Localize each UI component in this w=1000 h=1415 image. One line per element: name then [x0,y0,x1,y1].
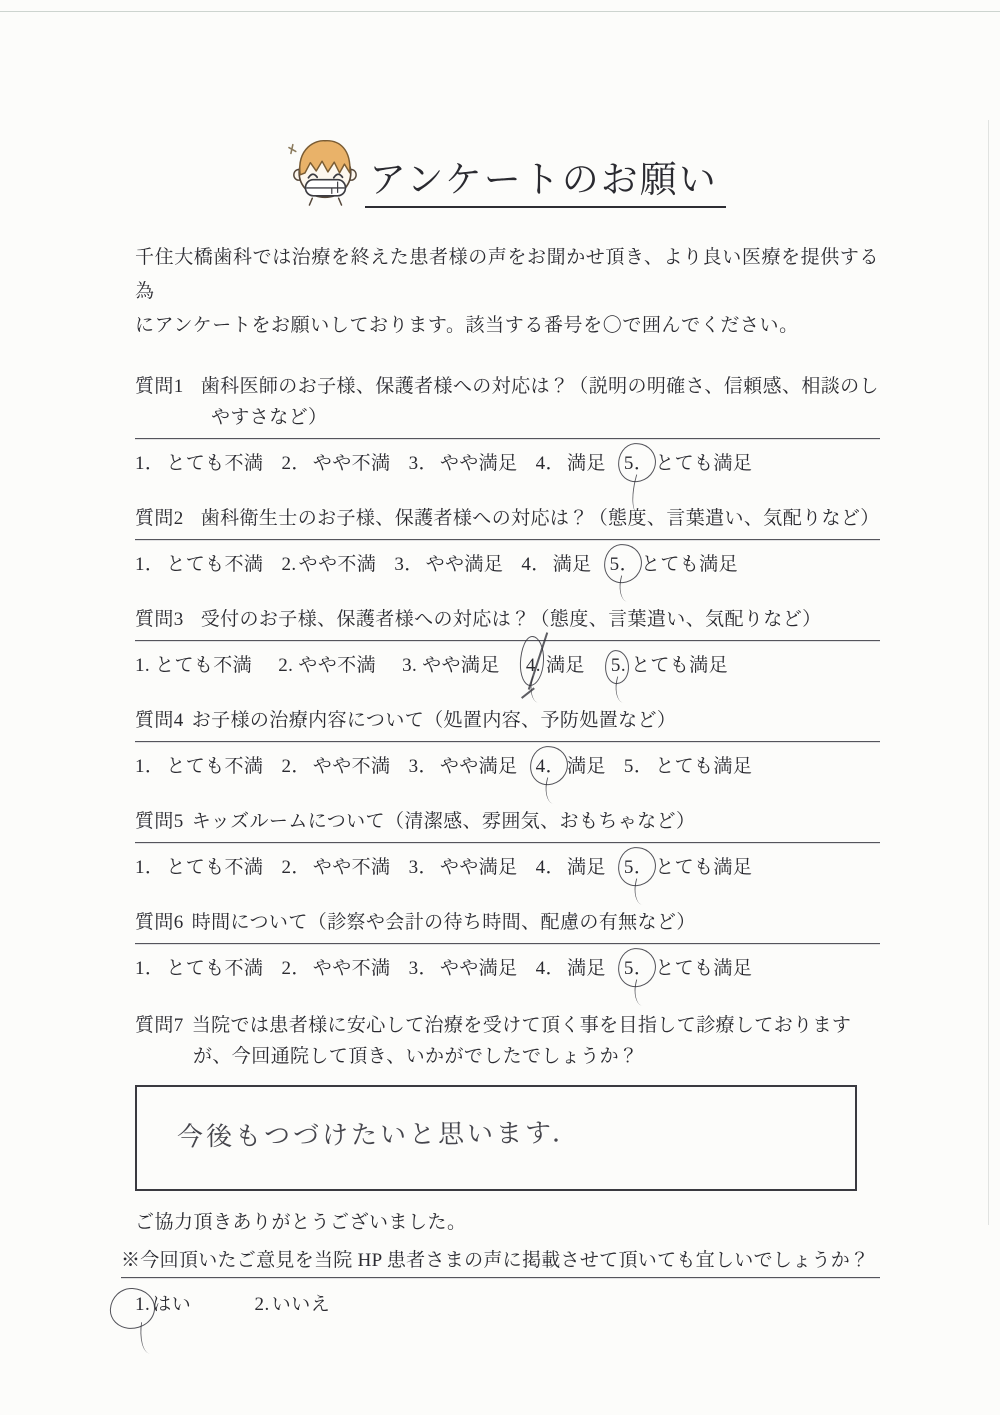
option-2: 2.やや不満 [278,655,376,676]
option-4: 4．満足 [536,857,606,878]
option-2: 2．やや不満 [281,756,390,777]
option-5: 5．とても満足 [624,756,752,777]
scan-artifact-top-edge [0,11,1000,12]
question-block-5: 質問5キッズルームについて（清潔感、雰囲気、おもちゃなど） 1．とても不満 2．… [135,806,880,879]
option-2: 2．やや不満 [281,453,390,474]
question-6-options: 1．とても不満 2．やや不満 3．やや満足 4．満足 5．とても満足 [135,944,880,980]
option-5-circled: 5．とても満足 [610,554,738,575]
question-block-7: 質問7当院では患者様に安心して治療を受けて頂く事を目指して診療しておりますが、今… [135,1010,880,1191]
option-5-circled: 5.とても満足 [611,655,728,676]
option-3: 3．やや満足 [409,857,518,878]
handwritten-circle-mark: 5． [624,852,653,879]
question-5-text: キッズルームについて（清潔感、雰囲気、おもちゃなど） [192,811,696,832]
question-2-label: 質問2 [135,508,184,529]
question-5-header: 質問5キッズルームについて（清潔感、雰囲気、おもちゃなど） [135,806,880,837]
question-3-header: 質問3受付のお子様、保護者様への対応は？（態度、言葉遣い、気配りなど） [135,604,880,635]
option-4: 4．満足 [536,958,606,979]
handwritten-circle-mark: 5． [624,953,653,980]
handwritten-circle-mark: 5. [611,655,626,677]
question-1-label: 質問1 [135,376,184,397]
question-block-1: 質問1歯科医師のお子様、保護者様への対応は？（説明の明確さ、信頼感、相談のしやす… [135,371,880,475]
strike-through-line [528,632,548,690]
option-3: 3．やや満足 [409,958,518,979]
option-5-circled: 5．とても満足 [624,453,752,474]
scanned-survey-page: アンケートのお願い 千住大橋歯科では治療を終えた患者様の声をお聞かせ頂き、より良… [0,0,1000,1415]
question-5-options: 1．とても不満 2．やや不満 3．やや満足 4．満足 5．とても満足 [135,843,880,879]
question-4-text: お子様の治療内容について（処置内容、予防処置など） [192,710,677,731]
question-1-options: 1．とても不満 2．やや不満 3．やや満足 4．満足 5．とても満足 [135,439,880,475]
option-3: 3．やや満足 [409,756,518,777]
question-2-header: 質問2歯科衛生士のお子様、保護者様への対応は？（態度、言葉遣い、気配りなど） [135,503,880,534]
option-3: 3．やや満足 [394,554,503,575]
question-4-header: 質問4お子様の治療内容について（処置内容、予防処置など） [135,705,880,736]
option-4-circled: 4．満足 [536,756,606,777]
question-7-label: 質問7 [135,1015,184,1036]
hp-consent-options: 1.はい 2.いいえ [135,1278,880,1316]
scan-artifact-right-edge [988,120,989,1225]
intro-line-2: にアンケートをお願いしております。該当する番号を〇で囲んでください。 [135,309,880,343]
question-block-2: 質問2歯科衛生士のお子様、保護者様への対応は？（態度、言葉遣い、気配りなど） 1… [135,503,880,576]
question-6-header: 質問6時間について（診察や会計の待ち時間、配慮の有無など） [135,907,880,938]
question-block-6: 質問6時間について（診察や会計の待ち時間、配慮の有無など） 1．とても不満 2．… [135,907,880,980]
question-3-options: 1.とても不満 2.やや不満 3.やや満足 4.満足 5.とても満足 [135,641,880,677]
hp-consent-question: ※今回頂いたご意見を当院 HP 患者さまの声に掲載させて頂いても宜しいでしょうか… [121,1245,880,1272]
question-1-header: 質問1歯科医師のお子様、保護者様への対応は？（説明の明確さ、信頼感、相談のしやす… [135,371,880,433]
question-6-text: 時間について（診察や会計の待ち時間、配慮の有無など） [192,912,696,933]
question-block-3: 質問3受付のお子様、保護者様への対応は？（態度、言葉遣い、気配りなど） 1.とて… [135,604,880,677]
thanks-text: ご協力頂きありがとうございました。 [135,1207,880,1234]
question-7-text: 当院では患者様に安心して治療を受けて頂く事を目指して診療しておりますが、今回通院… [192,1015,852,1067]
option-1: 1．とても不満 [135,554,263,575]
option-3: 3.やや満足 [402,655,500,676]
question-3-label: 質問3 [135,609,184,630]
option-1: 1．とても不満 [135,958,263,979]
question-2-options: 1．とても不満 2.やや不満 3．やや満足 4．満足 5．とても満足 [135,540,880,576]
mascot-boy-icon [283,132,365,206]
question-5-label: 質問5 [135,811,184,832]
option-3: 3．やや満足 [409,453,518,474]
hp-option-no: 2.いいえ [255,1294,331,1315]
handwritten-circle-mark: 5． [610,549,639,576]
handwritten-circle-crossed-mark: 4. [526,655,541,677]
question-4-label: 質問4 [135,710,184,731]
question-6-label: 質問6 [135,912,184,933]
question-3-text: 受付のお子様、保護者様への対応は？（態度、言葉遣い、気配りなど） [201,609,822,630]
handwritten-comment: 今後もつづけたいと思います． [177,1109,855,1153]
question-block-4: 質問4お子様の治療内容について（処置内容、予防処置など） 1．とても不満 2．や… [135,705,880,778]
option-2: 2.やや不満 [281,554,376,575]
question-7-header: 質問7当院では患者様に安心して治療を受けて頂く事を目指して診療しておりますが、今… [135,1010,880,1072]
comment-box: 今後もつづけたいと思います． [135,1085,857,1191]
page-title: アンケートのお願い [365,161,726,208]
option-2: 2．やや不満 [281,857,390,878]
option-5-circled: 5．とても満足 [624,958,752,979]
hp-option-yes-circled: 1.はい [135,1294,191,1315]
question-4-options: 1．とても不満 2．やや不満 3．やや満足 4．満足 5．とても満足 [135,742,880,778]
option-4: 4．満足 [536,453,606,474]
option-2: 2．やや不満 [281,958,390,979]
intro-line-1: 千住大橋歯科では治療を終えた患者様の声をお聞かせ頂き、より良い医療を提供する為 [135,241,880,309]
handwritten-circle-mark: 4． [536,751,565,778]
option-1: 1．とても不満 [135,857,263,878]
option-5-circled: 5．とても満足 [624,857,752,878]
option-1: 1．とても不満 [135,756,263,777]
strike-through-tick [521,687,535,698]
option-1: 1.とても不満 [135,655,252,676]
handwritten-circle-mark: 1. [135,1294,150,1316]
handwritten-circle-mark: 5． [624,448,653,475]
option-4-circled-crossed-out: 4.満足 [526,655,585,676]
question-1-text: 歯科医師のお子様、保護者様への対応は？（説明の明確さ、信頼感、相談のしやすさなど… [201,376,879,428]
option-1: 1．とても不満 [135,453,263,474]
option-4: 4．満足 [521,554,591,575]
intro-text: 千住大橋歯科では治療を終えた患者様の声をお聞かせ頂き、より良い医療を提供する為 … [135,241,880,343]
question-2-text: 歯科衛生士のお子様、保護者様への対応は？（態度、言葉遣い、気配りなど） [201,508,880,529]
title-row: アンケートのお願い [283,128,880,208]
